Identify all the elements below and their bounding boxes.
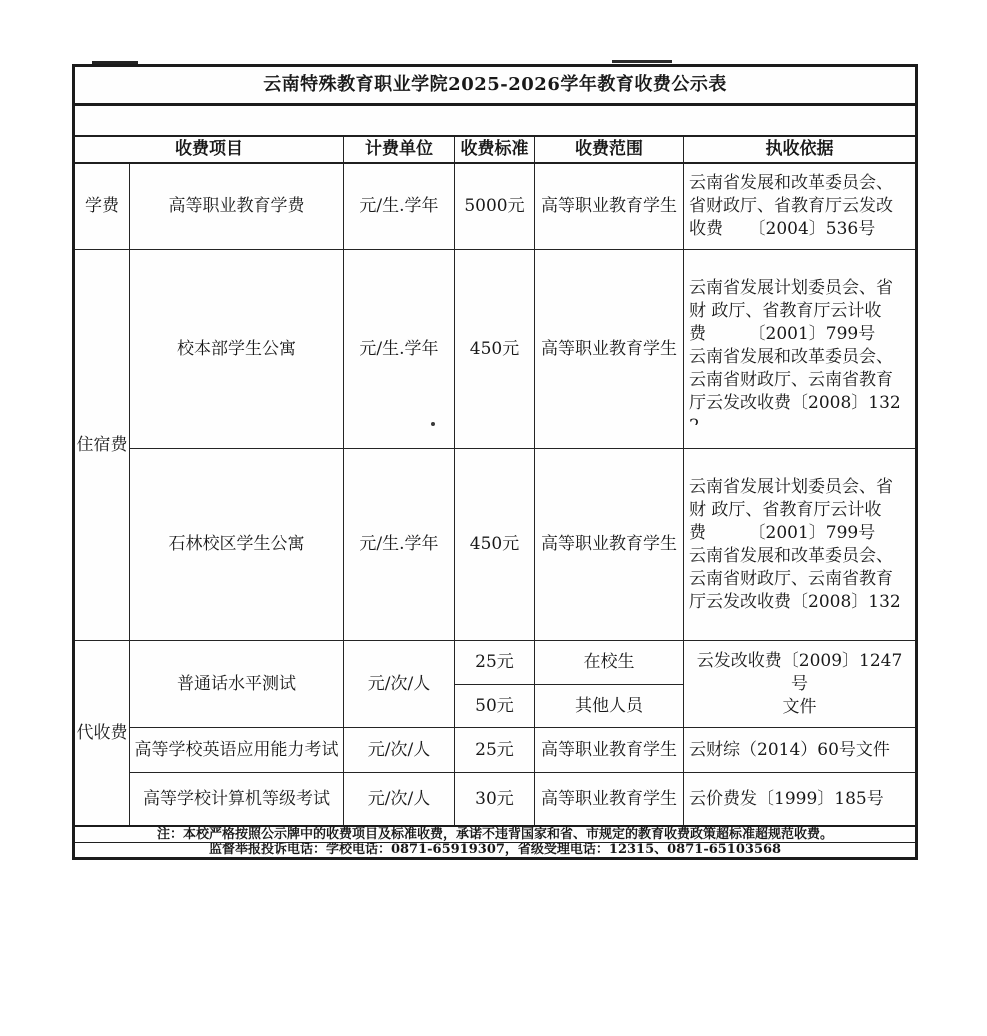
header-row: 收费项目 计费单位 收费标准 收费范围 执收依据	[74, 136, 917, 163]
hotline-text: 监督举报投诉电话：学校电话：0871-65919307，省级受理电话：12315…	[74, 843, 917, 859]
tuition-unit: 元/生.学年	[344, 163, 455, 250]
scan-artifact-dot	[431, 422, 435, 426]
table-row-english-test: 高等学校英语应用能力考试 元/次/人 25元 高等职业教育学生 云财综（2014…	[74, 728, 917, 773]
dorm-main-unit: 元/生.学年	[344, 250, 455, 449]
dorm-shilin-standard: 450元	[455, 449, 535, 641]
note-row: 注：本校严格按照公示牌中的收费项目及标准收费，承诺不违背国家和省、市规定的教育收…	[74, 826, 917, 843]
title-row: 云南特殊教育职业学院2025-2026学年教育收费公示表	[74, 66, 917, 105]
dorm-shilin-basis-text: 云南省发展计划委员会、省 财 政厅、省教育厅云计收 费 〔2001〕799号 云…	[689, 472, 910, 617]
scanned-fee-disclosure-page: 云南特殊教育职业学院2025-2026学年教育收费公示表 收费项目 计费单位 收…	[0, 0, 987, 1036]
tuition-standard: 5000元	[455, 163, 535, 250]
computer-basis: 云价费发〔1999〕185号	[684, 773, 917, 827]
dorm-main-scope: 高等职业教育学生	[535, 250, 684, 449]
table-row-computer-test: 高等学校计算机等级考试 元/次/人 30元 高等职业教育学生 云价费发〔1999…	[74, 773, 917, 827]
category-dorm: 住宿费	[74, 250, 130, 641]
category-tuition: 学费	[74, 163, 130, 250]
putonghua-tier2-scope: 其他人员	[535, 685, 684, 728]
dorm-main-basis-text: 云南省发展计划委员会、省 财 政厅、省教育厅云计收 费 〔2001〕799号 云…	[689, 273, 910, 425]
table-row-dorm-main: 住宿费 校本部学生公寓 元/生.学年 450元 高等职业教育学生 云南省发展计划…	[74, 250, 917, 449]
putonghua-item: 普通话水平测试	[130, 641, 344, 728]
english-item: 高等学校英语应用能力考试	[130, 728, 344, 773]
fee-table-sheet: 云南特殊教育职业学院2025-2026学年教育收费公示表 收费项目 计费单位 收…	[72, 64, 918, 860]
compliance-note: 注：本校严格按照公示牌中的收费项目及标准收费，承诺不违背国家和省、市规定的教育收…	[74, 826, 917, 843]
tuition-item: 高等职业教育学费	[130, 163, 344, 250]
computer-scope: 高等职业教育学生	[535, 773, 684, 827]
col-header-item: 收费项目	[74, 136, 344, 163]
spacer-row	[74, 105, 917, 137]
dorm-shilin-basis: 云南省发展计划委员会、省 财 政厅、省教育厅云计收 费 〔2001〕799号 云…	[684, 449, 917, 641]
dorm-main-item: 校本部学生公寓	[130, 250, 344, 449]
dorm-shilin-item: 石林校区学生公寓	[130, 449, 344, 641]
dorm-main-standard: 450元	[455, 250, 535, 449]
english-scope: 高等职业教育学生	[535, 728, 684, 773]
putonghua-tier1-scope: 在校生	[535, 641, 684, 685]
hotline-row: 监督举报投诉电话：学校电话：0871-65919307，省级受理电话：12315…	[74, 843, 917, 859]
table-row-tuition: 学费 高等职业教育学费 元/生.学年 5000元 高等职业教育学生 云南省发展和…	[74, 163, 917, 250]
scan-artifact-smudge	[612, 60, 672, 63]
english-standard: 25元	[455, 728, 535, 773]
col-header-standard: 收费标准	[455, 136, 535, 163]
putonghua-basis: 云发改收费〔2009〕1247号 文件	[684, 641, 917, 728]
spacer-cell	[74, 105, 917, 137]
table-row-dorm-shilin: 石林校区学生公寓 元/生.学年 450元 高等职业教育学生 云南省发展计划委员会…	[74, 449, 917, 641]
english-unit: 元/次/人	[344, 728, 455, 773]
category-collected: 代收费	[74, 641, 130, 827]
english-basis: 云财综（2014）60号文件	[684, 728, 917, 773]
scan-artifact-smudge	[92, 61, 138, 64]
putonghua-tier2-standard: 50元	[455, 685, 535, 728]
col-header-unit: 计费单位	[344, 136, 455, 163]
tuition-scope: 高等职业教育学生	[535, 163, 684, 250]
table-row-putonghua-tier1: 代收费 普通话水平测试 元/次/人 25元 在校生 云发改收费〔2009〕124…	[74, 641, 917, 685]
dorm-main-basis: 云南省发展计划委员会、省 财 政厅、省教育厅云计收 费 〔2001〕799号 云…	[684, 250, 917, 449]
page-title: 云南特殊教育职业学院2025-2026学年教育收费公示表	[74, 66, 917, 105]
dorm-shilin-scope: 高等职业教育学生	[535, 449, 684, 641]
fee-table: 云南特殊教育职业学院2025-2026学年教育收费公示表 收费项目 计费单位 收…	[72, 64, 918, 860]
computer-standard: 30元	[455, 773, 535, 827]
putonghua-unit: 元/次/人	[344, 641, 455, 728]
dorm-shilin-unit: 元/生.学年	[344, 449, 455, 641]
col-header-scope: 收费范围	[535, 136, 684, 163]
computer-unit: 元/次/人	[344, 773, 455, 827]
col-header-basis: 执收依据	[684, 136, 917, 163]
putonghua-tier1-standard: 25元	[455, 641, 535, 685]
computer-item: 高等学校计算机等级考试	[130, 773, 344, 827]
tuition-basis: 云南省发展和改革委员会、 省财政厅、省教育厅云发改 收费 〔2004〕536号	[684, 163, 917, 250]
